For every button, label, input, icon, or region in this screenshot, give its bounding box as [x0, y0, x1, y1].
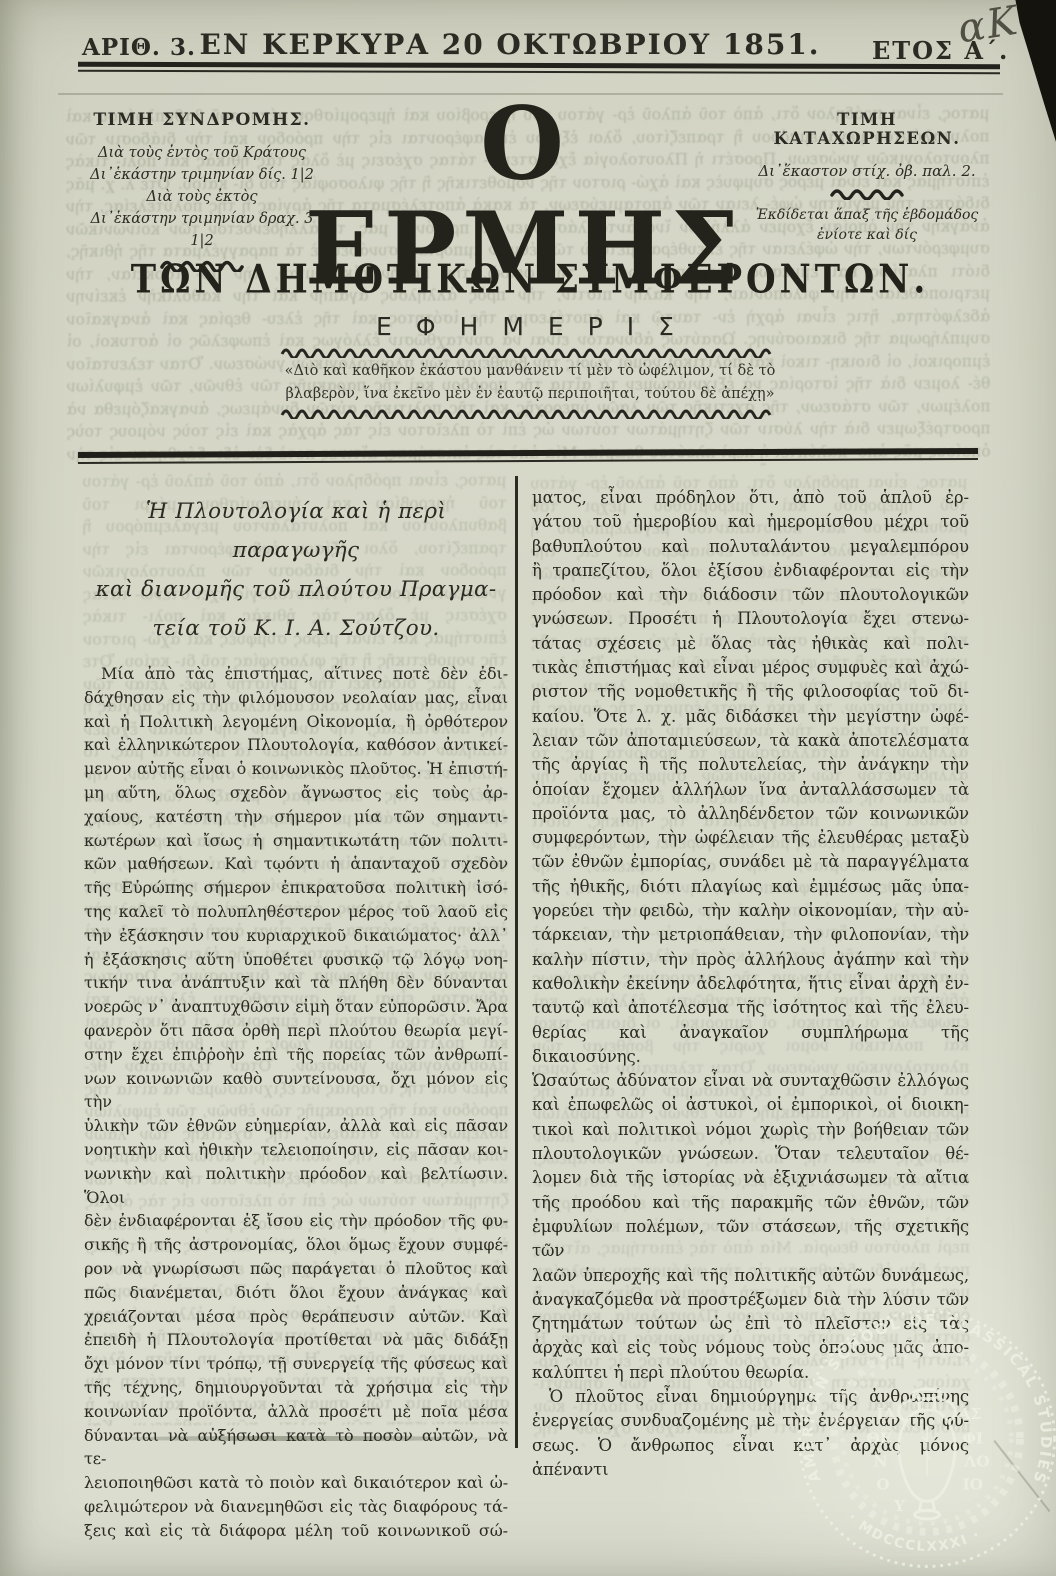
motto-rule-bottom-icon	[280, 407, 780, 419]
stamp-letter: Ν	[874, 1453, 888, 1471]
column-divider	[515, 476, 518, 1448]
masthead-subtitle2: ΤΩΝ ΔΗΜΟΤΙΚΩΝ ΣΥΜΦΕΡΟΝΤΩΝ.	[80, 257, 980, 303]
ornament-squiggle-icon	[830, 187, 904, 200]
subscription-line: Δι᾽ἑκάστην τριμηνίαν δραχ. 3 1|2	[80, 208, 324, 252]
advertising-heading: ΤΙΜΗ ΚΑΤΑΧΩΡΗΣΕΩΝ.	[740, 110, 994, 148]
stamp-letter: ΙΟ	[962, 1476, 983, 1494]
publication-note: ἐνίοτε καὶ δίς	[740, 225, 994, 245]
stamp-letter: ΑΣ	[958, 1405, 982, 1423]
header-rule-thin	[78, 70, 1000, 74]
newspaper-page: ματος, εἶναι πρόδηλον ὅτι, ἀπὸ τοῦ ἁπλοῦ…	[0, 0, 1056, 1576]
dateline: ΕΝ ΚΕΡΚΥΡΑ 20 ΟΚΤΩΒΡΙΟΥ 1851.	[80, 28, 940, 61]
subscription-heading: ΤΙΜΗ ΣΥΝΔΡΟΜΗΣ.	[80, 110, 324, 130]
article-heading: Ἡ Πλουτολογία καὶ ἡ περὶ παραγωγῆς καὶ δ…	[84, 492, 508, 648]
stamp-letter: ΙΛ	[876, 1405, 896, 1423]
header-rule-thick	[78, 62, 1000, 69]
masthead-subtitle: ΕΦΗΜΕΡΙΣ	[296, 312, 754, 341]
stamp-ring-text: AMERICAN SCHOOL OF CLASSICAL STUDIES AT …	[782, 1298, 1055, 1487]
article-paragraph: Μία ἀπὸ τὰς ἐπιστήμας, αἵτινες ποτὲ δὲν …	[84, 662, 508, 1542]
motto-rule-top-icon	[280, 346, 780, 358]
section-rule-thick	[78, 448, 978, 458]
stamp-letter: ΛΟ	[963, 1453, 989, 1471]
library-stamp: AMERICAN SCHOOL OF CLASSICAL STUDIES AT …	[782, 1298, 1056, 1576]
advertising-box: ΤΙΜΗ ΚΑΤΑΧΩΡΗΣΕΩΝ. Δι᾽ἕκαστον στίχ. ὀβ. …	[740, 110, 994, 245]
subscription-box: ΤΙΜΗ ΣΥΝΔΡΟΜΗΣ. Διὰ τοὺς ἐντὸς τοῦ Κράτο…	[80, 110, 324, 272]
stamp-letter: ΘΕ	[866, 1430, 891, 1448]
advertising-rate: Δι᾽ἕκαστον στίχ. ὀβ. παλ. 2.	[740, 160, 994, 182]
motto-line: βλαβερὸν, ἵνα ἐκεῖνο μὲν ἐν ἑαυτῷ περιπο…	[276, 384, 784, 404]
subscription-line: Διὰ τοὺς ἐκτὸς	[80, 186, 324, 208]
article-left-column: Ἡ Πλουτολογία καὶ ἡ περὶ παραγωγῆς καὶ δ…	[84, 492, 508, 1542]
stamp-letter: Ο	[876, 1476, 889, 1494]
subscription-line: Διὰ τοὺς ἐντὸς τοῦ Κράτους	[80, 142, 324, 164]
section-rule-thin	[78, 458, 978, 464]
svg-text:AMERICAN SCHOOL OF CLASSICAL S: AMERICAN SCHOOL OF CLASSICAL STUDIES AT …	[782, 1298, 1055, 1487]
article-paragraph: ματος, εἶναι πρόδηλον ὅτι, ἀπὸ τοῦ ἁπλοῦ…	[532, 486, 969, 1361]
motto-block: «Διὸ καὶ καθῆκον ἑκάστου μανθάνειν τί μὲ…	[276, 346, 784, 419]
subscription-line: Δι᾽ἑκάστην τριμηνίαν δίς. 1|2	[80, 164, 324, 186]
motto-line: «Διὸ καὶ καθῆκον ἑκάστου μανθάνειν τί μὲ…	[276, 361, 784, 381]
stamp-letter: ΦΙ	[962, 1430, 983, 1448]
handwritten-note: αΚ	[955, 0, 1022, 52]
publication-note: Ἐκδίδεται ἅπαξ τῆς ἑβδομάδος	[740, 205, 994, 225]
masthead: Ο ΕΡΜΗΣ ΕΦΗΜΕΡΙΣ	[296, 96, 754, 341]
stamp-letter: Υ	[893, 1497, 906, 1515]
